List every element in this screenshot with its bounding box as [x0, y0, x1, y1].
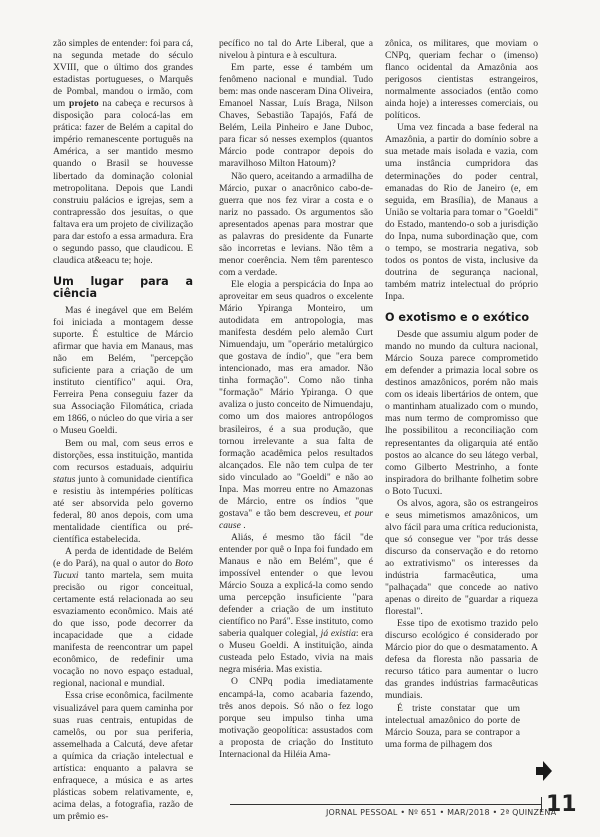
paragraph: Aliás, é mesmo tão fácil "de entender po…	[219, 532, 373, 677]
section-heading: O exotismo e o exótico	[385, 312, 538, 324]
paragraph: zão simples de entender: foi para cá, na…	[53, 38, 193, 267]
paragraph: É triste constatar que um intelectual am…	[385, 703, 538, 751]
paragraph: Em parte, esse é também um fenômeno naci…	[219, 62, 373, 170]
paragraph: O CNPq podia imediatamente encampá-la, c…	[219, 676, 373, 760]
paragraph: A perda de identidade de Belém (e do Par…	[53, 546, 193, 691]
article-column-1: zão simples de entender: foi para cá, na…	[53, 38, 193, 823]
article-column-3: zônica, os militares, que moviam o CNPq,…	[385, 38, 538, 751]
paragraph: Bem ou mal, com seus erros e distorções,…	[53, 438, 193, 546]
paragraph: zônica, os militares, que moviam o CNPq,…	[385, 38, 538, 122]
bold-word: projeto	[69, 98, 99, 109]
paragraph: Não quero, aceitando a armadilha de Márc…	[219, 171, 373, 279]
paragraph: Uma vez fincada a base federal na Amazôn…	[385, 122, 538, 303]
page-number: 11	[546, 792, 577, 817]
paragraph: pecífico no tal do Arte Liberal, que a n…	[219, 38, 373, 62]
article-column-2: pecífico no tal do Arte Liberal, que a n…	[219, 38, 373, 761]
paragraph: Os alvos, agora, são os estrangeiros e s…	[385, 498, 538, 618]
paragraph: Mas é inegável que em Belém foi iniciada…	[53, 305, 193, 438]
paragraph: Desde que assumiu algum poder de mando n…	[385, 329, 538, 498]
footer-rule	[230, 804, 541, 805]
paragraph: Ele elogia a perspicácia do Inpa ao apro…	[219, 279, 373, 532]
paragraph: Essa crise econômica, facilmente visuali…	[53, 690, 193, 823]
paragraph: Esse tipo de exotismo trazido pelo discu…	[385, 618, 538, 702]
footer-publication-info: JORNAL PESSOAL • Nº 651 • MAR/2018 • 2ª …	[326, 808, 556, 817]
arrow-right-icon	[536, 760, 552, 782]
section-heading: Um lugar para a ciência	[53, 276, 193, 300]
